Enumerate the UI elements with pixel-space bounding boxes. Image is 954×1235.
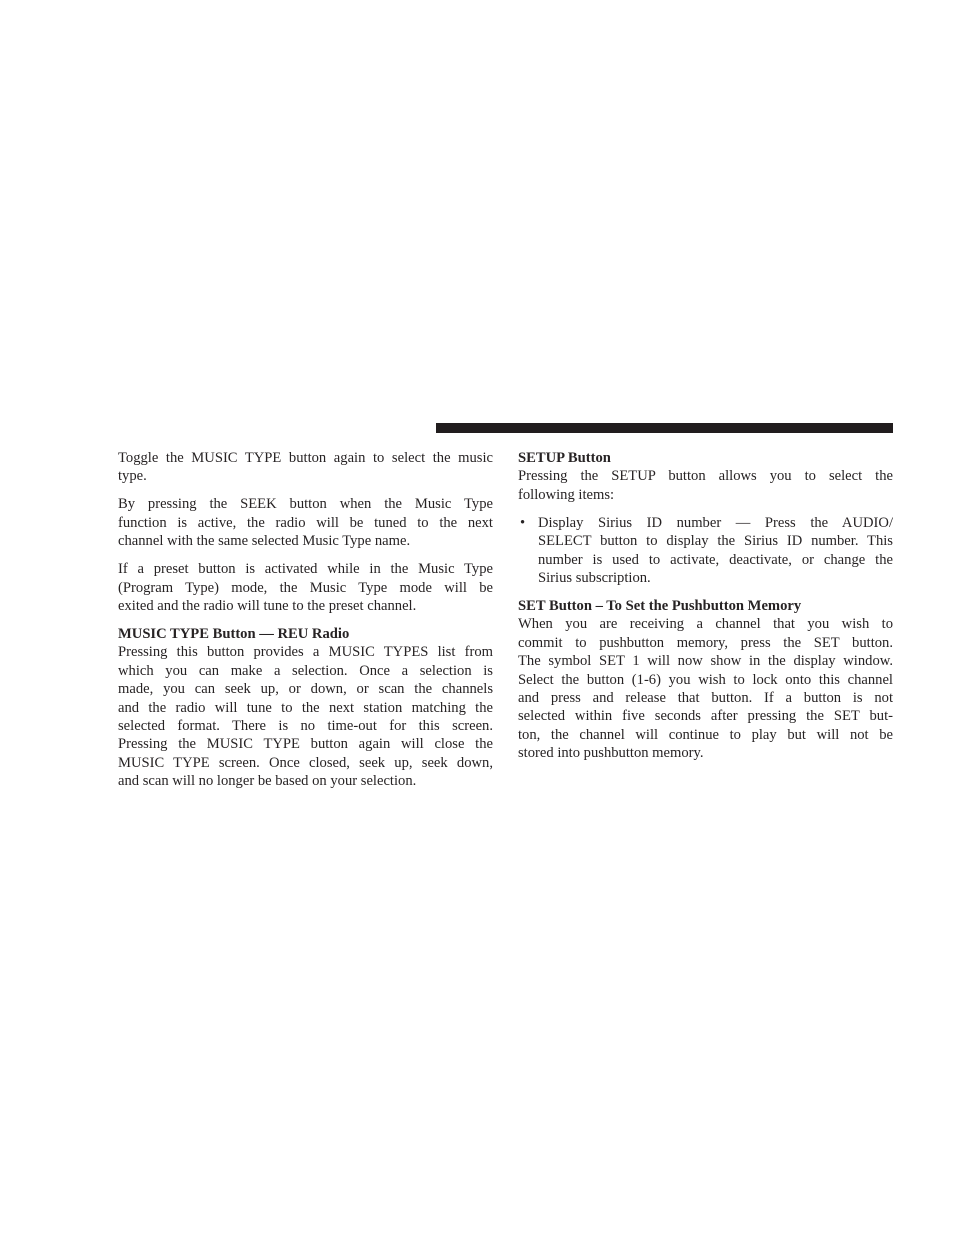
text-line: Pressing this button provides a MUSIC TY… [118, 643, 493, 661]
text-line: following items: [518, 486, 893, 504]
text-line: and the radio will tune to the next stat… [118, 699, 493, 717]
left-column: Toggle the MUSIC TYPE button again to se… [118, 449, 493, 800]
text-line: Sirius subscription. [538, 569, 893, 587]
section-heading-set-button: SET Button – To Set the Pushbutton Memor… [518, 597, 893, 615]
header-rule-bar [436, 423, 893, 433]
text-line: selected format. There is no time-out fo… [118, 717, 493, 735]
text-line: SELECT button to display the Sirius ID n… [538, 532, 893, 550]
text-line: When you are receiving a channel that yo… [518, 615, 893, 633]
text-line: which you can make a selection. Once a s… [118, 662, 493, 680]
text-line: Toggle the MUSIC TYPE button again to se… [118, 449, 493, 467]
paragraph: Toggle the MUSIC TYPE button again to se… [118, 449, 493, 486]
text-line: Pressing the MUSIC TYPE button again wil… [118, 735, 493, 753]
right-column: SETUP Button Pressing the SETUP button a… [518, 449, 893, 772]
text-line: ton, the channel will continue to play b… [518, 726, 893, 744]
paragraph: When you are receiving a channel that yo… [518, 615, 893, 762]
bullet-icon: • [520, 514, 525, 532]
paragraph: If a preset button is activated while in… [118, 560, 493, 615]
section-heading-music-type-button: MUSIC TYPE Button — REU Radio [118, 625, 493, 643]
text-line: function is active, the radio will be tu… [118, 514, 493, 532]
text-line: commit to pushbutton memory, press the S… [518, 634, 893, 652]
text-line: selected within five seconds after press… [518, 707, 893, 725]
text-line: (Program Type) mode, the Music Type mode… [118, 579, 493, 597]
paragraph: Pressing the SETUP button allows you to … [518, 467, 893, 504]
paragraph: By pressing the SEEK button when the Mus… [118, 495, 493, 550]
text-line: Select the button (1-6) you wish to lock… [518, 671, 893, 689]
text-line: number is used to activate, deactivate, … [538, 551, 893, 569]
section-heading-setup-button: SETUP Button [518, 449, 893, 467]
text-line: made, you can seek up, or down, or scan … [118, 680, 493, 698]
text-line: The symbol SET 1 will now show in the di… [518, 652, 893, 670]
text-line: By pressing the SEEK button when the Mus… [118, 495, 493, 513]
text-line: exited and the radio will tune to the pr… [118, 597, 493, 615]
text-line: and scan will no longer be based on your… [118, 772, 493, 790]
text-line: and press and release that button. If a … [518, 689, 893, 707]
text-line: stored into pushbutton memory. [518, 744, 893, 762]
bullet-list-item: • Display Sirius ID number — Press the A… [518, 514, 893, 588]
text-line: Display Sirius ID number — Press the AUD… [538, 514, 893, 532]
text-line: If a preset button is activated while in… [118, 560, 493, 578]
text-line: MUSIC TYPE screen. Once closed, seek up,… [118, 754, 493, 772]
text-line: type. [118, 467, 493, 485]
text-line: Pressing the SETUP button allows you to … [518, 467, 893, 485]
text-line: channel with the same selected Music Typ… [118, 532, 493, 550]
paragraph: Pressing this button provides a MUSIC TY… [118, 643, 493, 790]
manual-page: Toggle the MUSIC TYPE button again to se… [0, 0, 954, 1235]
